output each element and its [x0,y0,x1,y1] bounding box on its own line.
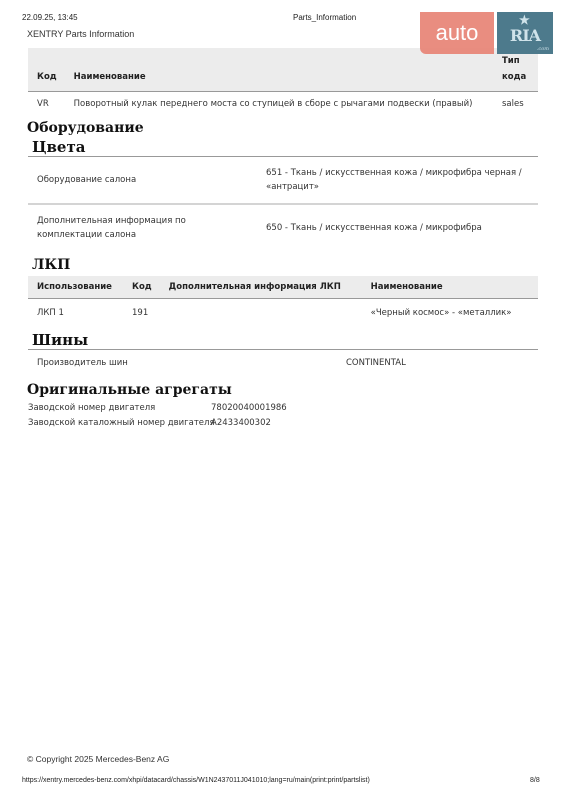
page-number: 8/8 [530,777,540,784]
aggregate-row: Заводской каталожный номер двигателя A24… [28,416,538,431]
colors-table: Оборудование салона 651 - Ткань / искусс… [28,157,538,251]
section-title-equipment: Оборудование [27,120,538,136]
aggregate-row: Заводской номер двигателя 78020040001986 [28,401,538,416]
row-label: Дополнительная информация по комплектаци… [28,204,257,251]
copyright: © Copyright 2025 Mercedes-Benz AG [27,754,169,764]
watermark-ria: ★ RIA .com [497,12,553,54]
column-header-name: Наименование [362,276,538,299]
row-label: Заводской каталожный номер двигателя [28,416,215,431]
cell-name: «Черный космос» - «металлик» [362,299,538,328]
print-header-date: 22.09.25, 13:45 [22,13,78,22]
cell-usage: ЛКП 1 [28,299,123,328]
row-value: A2433400302 [211,416,271,431]
column-header-name: Наименование [65,48,493,92]
app-title: XENTRY Parts Information [27,29,134,39]
table-row: ЛКП 1 191 «Черный космос» - «металлик» [28,299,538,328]
footer-url: https://xentry.mercedes-benz.com/xhpi/da… [22,777,370,784]
section-title-paint: ЛКП [28,257,538,273]
cell-code: VR [28,92,65,117]
table-row: Производитель шин CONTINENTAL [28,350,538,376]
print-header-title: Parts_Information [293,13,356,22]
paint-table: Использование Код Дополнительная информа… [28,276,538,327]
tires-table: Производитель шин CONTINENTAL [28,350,538,376]
star-icon: ★ [519,13,530,27]
column-header-paint-info: Дополнительная информация ЛКП [160,276,362,299]
column-header-code: Код [123,276,160,299]
content: Код Наименование Тип кода VR Поворотный … [28,48,538,431]
section-title-aggregates: Оригинальные агрегаты [27,382,538,398]
row-value: CONTINENTAL [337,350,538,376]
row-label: Оборудование салона [28,157,257,204]
section-title-colors: Цвета [28,138,538,156]
parts-table: Код Наименование Тип кода VR Поворотный … [28,48,538,116]
watermark-com-text: .com [537,46,549,52]
column-header-code: Код [28,48,65,92]
watermark-ria-text: RIA [497,26,553,45]
cell-name: Поворотный кулак переднего моста со ступ… [65,92,493,117]
watermark-auto: auto [420,12,494,54]
row-label: Производитель шин [28,350,337,376]
column-header-usage: Использование [28,276,123,299]
cell-paint-info [160,299,362,328]
table-row: VR Поворотный кулак переднего моста со с… [28,92,538,117]
cell-code-type: sales [493,92,538,117]
section-title-tires: Шины [28,331,538,349]
row-value: 650 - Ткань / искусственная кожа / микро… [257,204,538,251]
cell-code: 191 [123,299,160,328]
row-label: Заводской номер двигателя [28,401,155,416]
column-header-code-type: Тип кода [493,48,538,92]
row-value: 651 - Ткань / искусственная кожа / микро… [257,157,538,204]
table-row: Дополнительная информация по комплектаци… [28,204,538,251]
table-row: Оборудование салона 651 - Ткань / искусс… [28,157,538,204]
row-value: 78020040001986 [211,401,287,416]
